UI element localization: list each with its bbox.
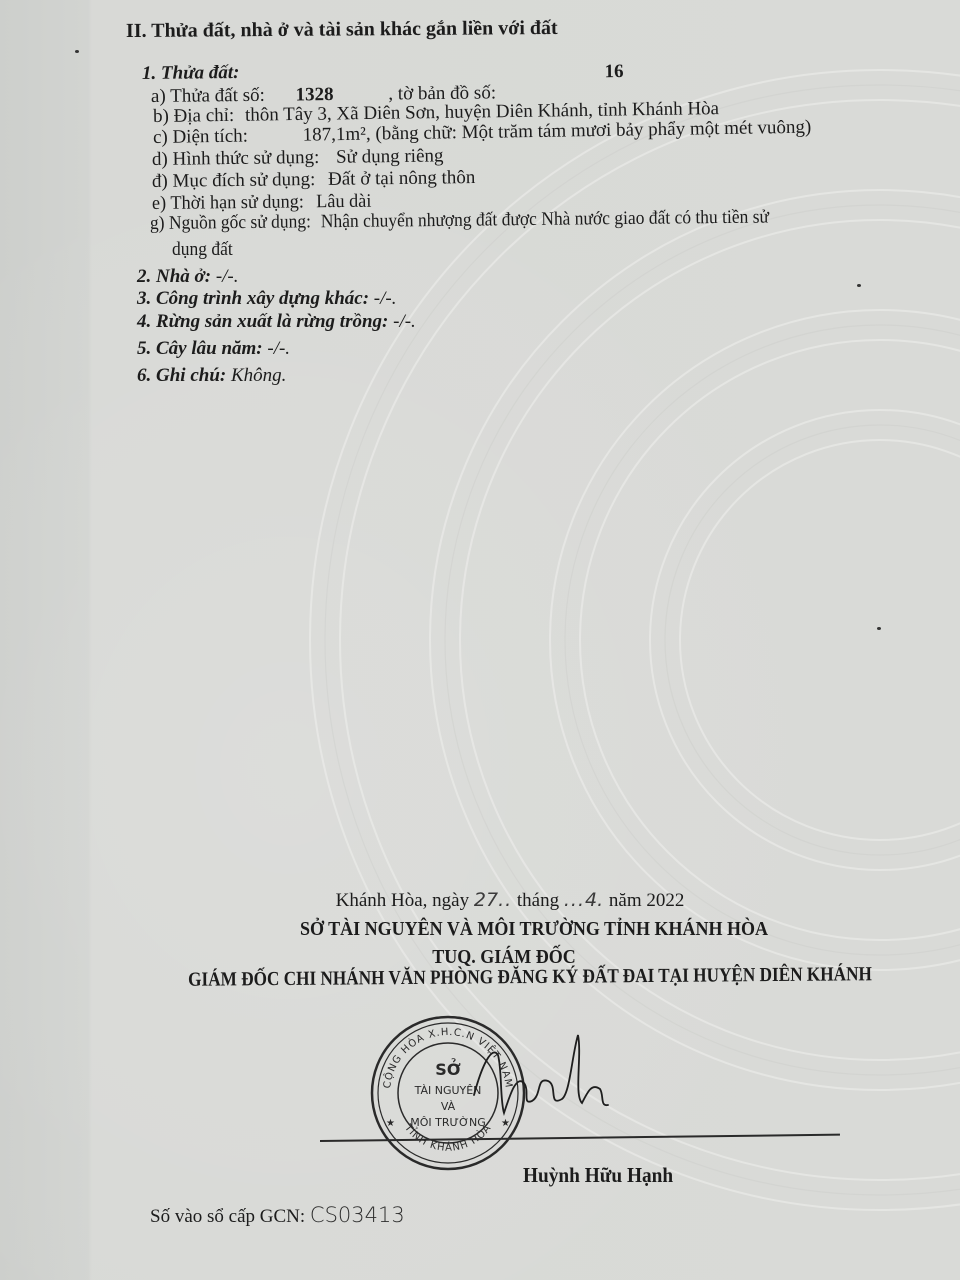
- item-label: 5. Cây lâu năm:: [137, 338, 263, 359]
- land-parcel-heading: 1. Thửa đất:: [142, 62, 240, 85]
- origin-value-line2: dụng đất: [172, 239, 233, 261]
- item-label: 6. Ghi chú:: [137, 365, 226, 386]
- year-label: năm 2022: [609, 890, 684, 911]
- month-handwritten: ...4.: [564, 889, 604, 911]
- seal-line1: SỞ: [435, 1058, 461, 1079]
- origin-label: g) Nguồn gốc sử dụng:: [150, 211, 311, 234]
- item-other-construction: 3. Công trình xây dựng khác: -/-.: [137, 288, 396, 310]
- item-label: 3. Công trình xây dựng khác:: [137, 288, 369, 309]
- signing-date: Khánh Hòa, ngày 27.. tháng ...4. năm 202…: [30, 889, 960, 912]
- item-value: -/-.: [393, 311, 416, 332]
- item-value: -/-.: [216, 266, 239, 287]
- section-title: II. Thửa đất, nhà ở và tài sản khác gắn …: [126, 17, 558, 43]
- signer-name: Huỳnh Hữu Hạnh: [523, 1163, 673, 1188]
- address-label: b) Địa chỉ:: [153, 105, 235, 127]
- map-sheet-value: 16: [604, 61, 623, 83]
- item-house: 2. Nhà ở: -/-.: [137, 266, 239, 288]
- purpose-row: đ) Mục đích sử dụng: Đất ở tại nông thôn: [152, 167, 476, 193]
- item-label: 4. Rừng sản xuất là rừng trồng:: [137, 311, 388, 332]
- item-plantation-forest: 4. Rừng sản xuất là rừng trồng: -/-.: [137, 311, 416, 333]
- usage-form-label: d) Hình thức sử dụng:: [152, 147, 320, 170]
- registry-row: Số vào sổ cấp GCN: CS03413: [150, 1203, 405, 1228]
- purpose-value: Đất ở tại nông thôn: [328, 167, 476, 191]
- item-notes: 6. Ghi chú: Không.: [137, 365, 286, 387]
- item-label: 2. Nhà ở:: [137, 266, 211, 287]
- parcel-number-label: a) Thửa đất số:: [151, 85, 265, 107]
- place-prefix: Khánh Hòa, ngày: [336, 890, 470, 911]
- dust-speck: [857, 284, 861, 287]
- area-label: c) Diện tích:: [153, 126, 248, 148]
- registry-value-handwritten: CS03413: [310, 1203, 405, 1227]
- purpose-label: đ) Mục đích sử dụng:: [152, 169, 316, 192]
- signature-icon: [470, 1025, 610, 1125]
- dust-speck: [75, 50, 79, 53]
- origin-value-line1: Nhận chuyển nhượng đất được Nhà nước gia…: [321, 207, 769, 234]
- item-value: Không.: [231, 365, 286, 386]
- day-handwritten: 27..: [474, 889, 512, 911]
- registry-label: Số vào sổ cấp GCN:: [150, 1206, 305, 1227]
- seal-line3: VÀ: [441, 1100, 456, 1113]
- svg-text:★: ★: [386, 1118, 395, 1129]
- item-perennial-trees: 5. Cây lâu năm: -/-.: [137, 338, 290, 360]
- organization-title: SỞ TÀI NGUYÊN VÀ MÔI TRƯỜNG TỈNH KHÁNH H…: [102, 918, 960, 941]
- month-label: tháng: [517, 890, 559, 911]
- dust-speck: [877, 627, 881, 630]
- term-label: e) Thời hạn sử dụng:: [152, 191, 304, 214]
- document-page: II. Thửa đất, nhà ở và tài sản khác gắn …: [0, 0, 960, 1280]
- usage-form-value: Sử dụng riêng: [336, 145, 444, 168]
- item-value: -/-.: [267, 338, 290, 359]
- item-value: -/-.: [374, 288, 397, 309]
